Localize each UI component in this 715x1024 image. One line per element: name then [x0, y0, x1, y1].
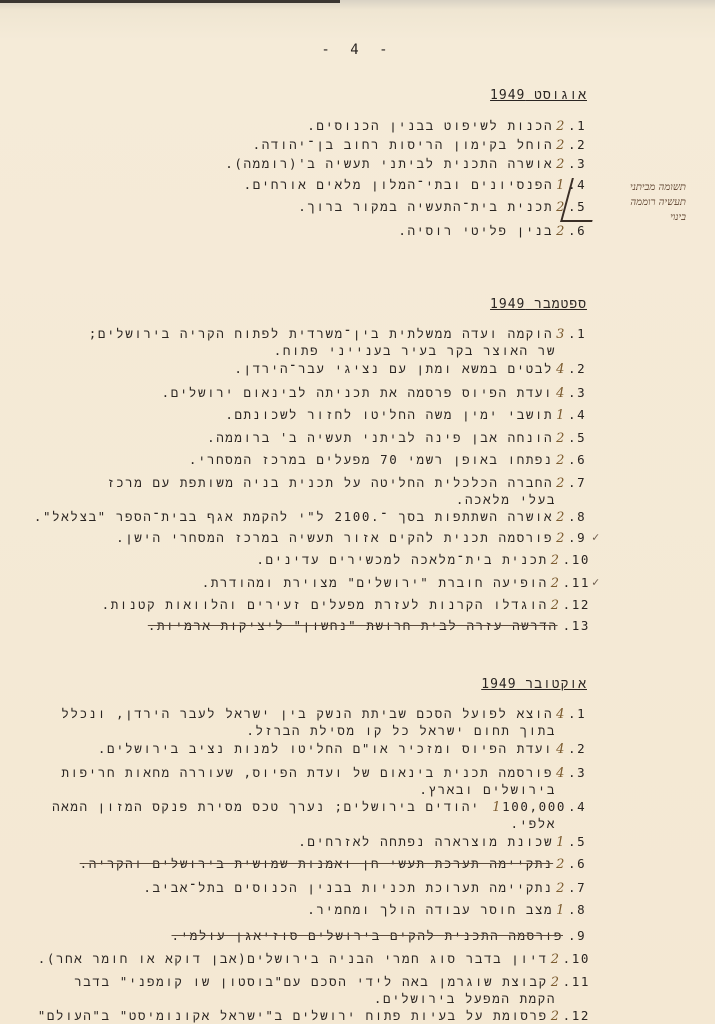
item-text: תושבי ימין משה החליטו לחזור לשכונתם.	[225, 407, 553, 422]
item-number: 5.	[568, 430, 590, 446]
item-text: 100,000 יהודים בירושלים; נערך טכס מסירת …	[52, 799, 566, 814]
item-continuation: בתוך תחום ישראל כל קו מסילת הברזל.	[61, 723, 590, 739]
item-continuation: שר האוצר בקר בעיר בענייני פתוח.	[89, 343, 590, 359]
item-number: 11.	[563, 974, 590, 990]
item-text: הוצא לפועל הסכם שביתת הנשק בין ישראל לעב…	[61, 706, 553, 721]
handwritten-mark: 2	[551, 975, 561, 990]
list-item: 12.2הוגדלו הקרנות לעזרת מפעלים זעירים וה…	[102, 597, 590, 614]
list-item: 10.2תכנית בית־מלאכה למכשירים עדינים.	[256, 552, 590, 569]
item-text: נתקיימה תערוכת תכניות בבנין הכנוסים בתל־…	[143, 880, 553, 895]
list-item: 5.2תכנית בית־התעשיה במקור ברוך.	[298, 199, 590, 216]
handwritten-mark: 2	[551, 952, 561, 967]
item-number: 1.	[568, 706, 590, 722]
handwritten-mark: 2	[556, 510, 566, 525]
list-item: 5.1שכונת מוצרארה נפתחה לאזרחים.	[298, 834, 590, 851]
list-item: 5.2הונחה אבן פינה לביתני תעשיה ב' ברוממה…	[207, 430, 590, 447]
item-text: תכנית בית־התעשיה במקור ברוך.	[298, 199, 553, 214]
handwritten-mark: 2	[556, 200, 566, 215]
item-number: 7.	[568, 880, 590, 896]
item-continuation: בעלי מלאכה.	[107, 492, 590, 508]
list-item: 8.1מצב חוסר עבודה הולך ומחמיר.	[307, 902, 590, 919]
scan-edge	[0, 0, 340, 3]
handwritten-mark: 2	[556, 857, 566, 872]
item-number: 2.	[568, 741, 590, 757]
item-text: פורסמה תכנית להקים אזור תעשיה במרכז המסח…	[116, 530, 553, 545]
checkmark-icon: ✓	[592, 575, 599, 589]
list-item: 1.3הוקמה ועדה ממשלתית בין־משרדית לפתוח ה…	[89, 326, 590, 359]
list-item: 11.2קבוצת שוגרמן באה לידי הסכם עם"בוסטון…	[74, 974, 590, 1007]
section-heading: אוקטובר 1949	[481, 677, 587, 692]
item-number: 4.	[568, 407, 590, 423]
list-item: 9.פורסמה התכנית להקים בירושלים סוזיאגן ע…	[172, 928, 591, 945]
item-text: מצב חוסר עבודה הולך ומחמיר.	[307, 902, 553, 917]
item-text: ועדת הפיוס פרסמה את תכניתה לבינאום ירושל…	[162, 385, 554, 400]
item-text: נפתחו באופן רשמי 70 מפעלים במרכז המסחרי.	[189, 452, 553, 467]
item-text: אושרה התכנית לביתני תעשיה ב'(רוממה).	[225, 156, 553, 171]
list-item: 4.1הפנסיונים ובתי־המלון מלאים אורחים.	[244, 177, 590, 194]
handwritten-mark: 2	[551, 553, 561, 568]
handwritten-mark: 4	[556, 742, 566, 757]
list-item: 2.4ועדת הפיוס ומזכיר או"ם החליטו למנות נ…	[98, 741, 590, 758]
handwritten-mark: 2	[556, 119, 566, 134]
item-number: 2.	[568, 137, 590, 153]
handwritten-mark: 2	[551, 576, 561, 591]
item-number: 6.	[568, 452, 590, 468]
item-text: פורסמה התכנית להקים בירושלים סוזיאגן עול…	[172, 928, 564, 943]
handwritten-mark: 4	[556, 707, 566, 722]
item-text: בנין פליטי רוסיה.	[398, 223, 553, 238]
section-heading: אוגוסט 1949	[490, 88, 587, 103]
item-number: 9.	[568, 530, 590, 546]
note-line: תשומה מביתני	[606, 180, 686, 195]
handwritten-mark: 1	[492, 800, 502, 815]
list-item: 7.2נתקיימה תערוכת תכניות בבנין הכנוסים ב…	[143, 880, 590, 897]
item-number: 4.	[568, 799, 590, 815]
handwritten-mark: 4	[556, 362, 566, 377]
item-text: אושרה השתתפות בסך ־.2100 ל"י להקמת אגף ב…	[34, 509, 553, 524]
list-item: 6.2נתקיימה תערכת תעשי חן ואמנות שמושית ב…	[80, 856, 590, 873]
item-continuation: אלפי.	[52, 816, 590, 832]
item-continuation: בירושלים ובארץ.	[61, 782, 590, 798]
item-text: נתקיימה תערכת תעשי חן ואמנות שמושית בירו…	[80, 856, 553, 871]
item-number: 8.	[568, 902, 590, 918]
item-text: הונחה אבן פינה לביתני תעשיה ב' ברוממה.	[207, 430, 553, 445]
item-number: 9.	[568, 928, 590, 944]
item-number: 6.	[568, 856, 590, 872]
handwritten-mark: 2	[551, 598, 561, 613]
item-text: לבטים במשא ומתן עם נציגי עבר־הירדן.	[234, 361, 553, 376]
handwritten-mark: 3	[556, 327, 566, 342]
item-text: הוחל בקימון הריסות רחוב בן־יהודה.	[253, 137, 553, 152]
handwritten-mark: 2	[556, 138, 566, 153]
handwritten-mark: 4	[556, 766, 566, 781]
item-text: הפנסיונים ובתי־המלון מלאים אורחים.	[244, 177, 554, 192]
document-page: - 4 - תשומה מביתני תעשיה רוממה בינוי אוג…	[0, 0, 715, 1024]
handwritten-mark: 2	[556, 531, 566, 546]
handwritten-mark: 2	[551, 1009, 561, 1024]
note-line: בינוי	[606, 210, 686, 225]
item-text: הופיעה חוברת "ירושלים" מצוירת ומהודרת.	[202, 575, 548, 590]
list-item: 11.2הופיעה חוברת "ירושלים" מצוירת ומהודר…	[202, 575, 590, 592]
section-heading: ספטמבר 1949	[490, 297, 587, 312]
note-line: תעשיה רוממה	[606, 195, 686, 210]
item-number: 8.	[568, 509, 590, 525]
item-number: 3.	[568, 385, 590, 401]
handwritten-mark: 2	[556, 224, 566, 239]
list-item: 10.2דיון בדבר סוג חמרי הבניה בירושלים(אב…	[38, 951, 590, 968]
handwritten-mark: 1	[556, 178, 566, 193]
handwritten-mark: 2	[556, 431, 566, 446]
list-item: 2.4לבטים במשא ומתן עם נציגי עבר־הירדן.	[234, 361, 590, 378]
list-item: 2.2הוחל בקימון הריסות רחוב בן־יהודה.	[253, 137, 590, 154]
handwritten-mark: 1	[556, 408, 566, 423]
item-text: תכנית בית־מלאכה למכשירים עדינים.	[256, 552, 547, 567]
item-number: 2.	[568, 361, 590, 377]
item-number: 12.	[563, 597, 590, 613]
list-item: 12.2פרסומת על בעיות פתוח ירושלים ב"ישראל…	[38, 1008, 590, 1024]
item-continuation: הקמת המפעל בירושלים.	[74, 991, 590, 1007]
handwritten-mark: 1	[556, 835, 566, 850]
item-text: פרסומת על בעיות פתוח ירושלים ב"ישראל אקו…	[38, 1008, 548, 1023]
list-item: 4.1100,000 יהודים בירושלים; נערך טכס מסי…	[52, 799, 590, 832]
item-text: הוגדלו הקרנות לעזרת מפעלים זעירים והלווא…	[102, 597, 548, 612]
item-number: 5.	[568, 834, 590, 850]
item-text: הוקמה ועדה ממשלתית בין־משרדית לפתוח הקרי…	[89, 326, 553, 341]
item-number: 11.	[563, 575, 590, 591]
item-text: הכנות לשיפוט בבנין הכנוסים.	[307, 118, 553, 133]
item-number: 1.	[568, 326, 590, 342]
list-item: 8.2אושרה השתתפות בסך ־.2100 ל"י להקמת אג…	[34, 509, 590, 526]
handwritten-note: תשומה מביתני תעשיה רוממה בינוי	[606, 180, 686, 225]
list-item: 3.2אושרה התכנית לביתני תעשיה ב'(רוממה).	[225, 156, 590, 173]
item-text: הדרשה עזרה לבית חרושת "נחשון" ליציקות אר…	[148, 618, 558, 633]
item-number: 6.	[568, 223, 590, 239]
list-item: 6.2בנין פליטי רוסיה.	[398, 223, 590, 240]
item-number: 10.	[563, 552, 590, 568]
list-item: 9.2פורסמה תכנית להקים אזור תעשיה במרכז ה…	[116, 530, 590, 547]
handwritten-mark: 2	[556, 157, 566, 172]
handwritten-mark: 2	[556, 881, 566, 896]
item-number: 5.	[568, 199, 590, 215]
item-number: 3.	[568, 765, 590, 781]
list-item: 13.הדרשה עזרה לבית חרושת "נחשון" ליציקות…	[148, 618, 590, 635]
handwritten-mark: 4	[556, 386, 566, 401]
handwritten-mark: 1	[556, 903, 566, 918]
handwritten-mark: 2	[556, 453, 566, 468]
item-number: 10.	[563, 951, 590, 967]
item-number: 7.	[568, 475, 590, 491]
item-text: שכונת מוצרארה נפתחה לאזרחים.	[298, 834, 553, 849]
item-number: 12.	[563, 1008, 590, 1024]
item-text: קבוצת שוגרמן באה לידי הסכם עם"בוסטון שו …	[74, 974, 548, 989]
list-item: 6.2נפתחו באופן רשמי 70 מפעלים במרכז המסח…	[189, 452, 590, 469]
item-number: 4.	[568, 177, 590, 193]
item-text: פורסמה תכנית בינאום של ועדת הפיוס, שעורר…	[61, 765, 553, 780]
list-item: 3.4פורסמה תכנית בינאום של ועדת הפיוס, שע…	[61, 765, 590, 798]
item-number: 13.	[563, 618, 590, 634]
checkmark-icon: ✓	[592, 530, 599, 544]
page-number: - 4 -	[0, 42, 715, 58]
handwritten-mark: 2	[556, 476, 566, 491]
item-text: החברה הכלכלית החליטה על תכנית בניה משותפ…	[107, 475, 553, 490]
item-number: 1.	[568, 118, 590, 134]
list-item: 4.1תושבי ימין משה החליטו לחזור לשכונתם.	[225, 407, 590, 424]
item-text: דיון בדבר סוג חמרי הבניה בירושלים(אבן דו…	[38, 951, 548, 966]
item-number: 3.	[568, 156, 590, 172]
list-item: 1.2הכנות לשיפוט בבנין הכנוסים.	[307, 118, 590, 135]
list-item: 3.4ועדת הפיוס פרסמה את תכניתה לבינאום יר…	[162, 385, 590, 402]
list-item: 1.4הוצא לפועל הסכם שביתת הנשק בין ישראל …	[61, 706, 590, 739]
item-text: ועדת הפיוס ומזכיר או"ם החליטו למנות נציב…	[98, 741, 553, 756]
list-item: 7.2החברה הכלכלית החליטה על תכנית בניה מש…	[107, 475, 590, 508]
